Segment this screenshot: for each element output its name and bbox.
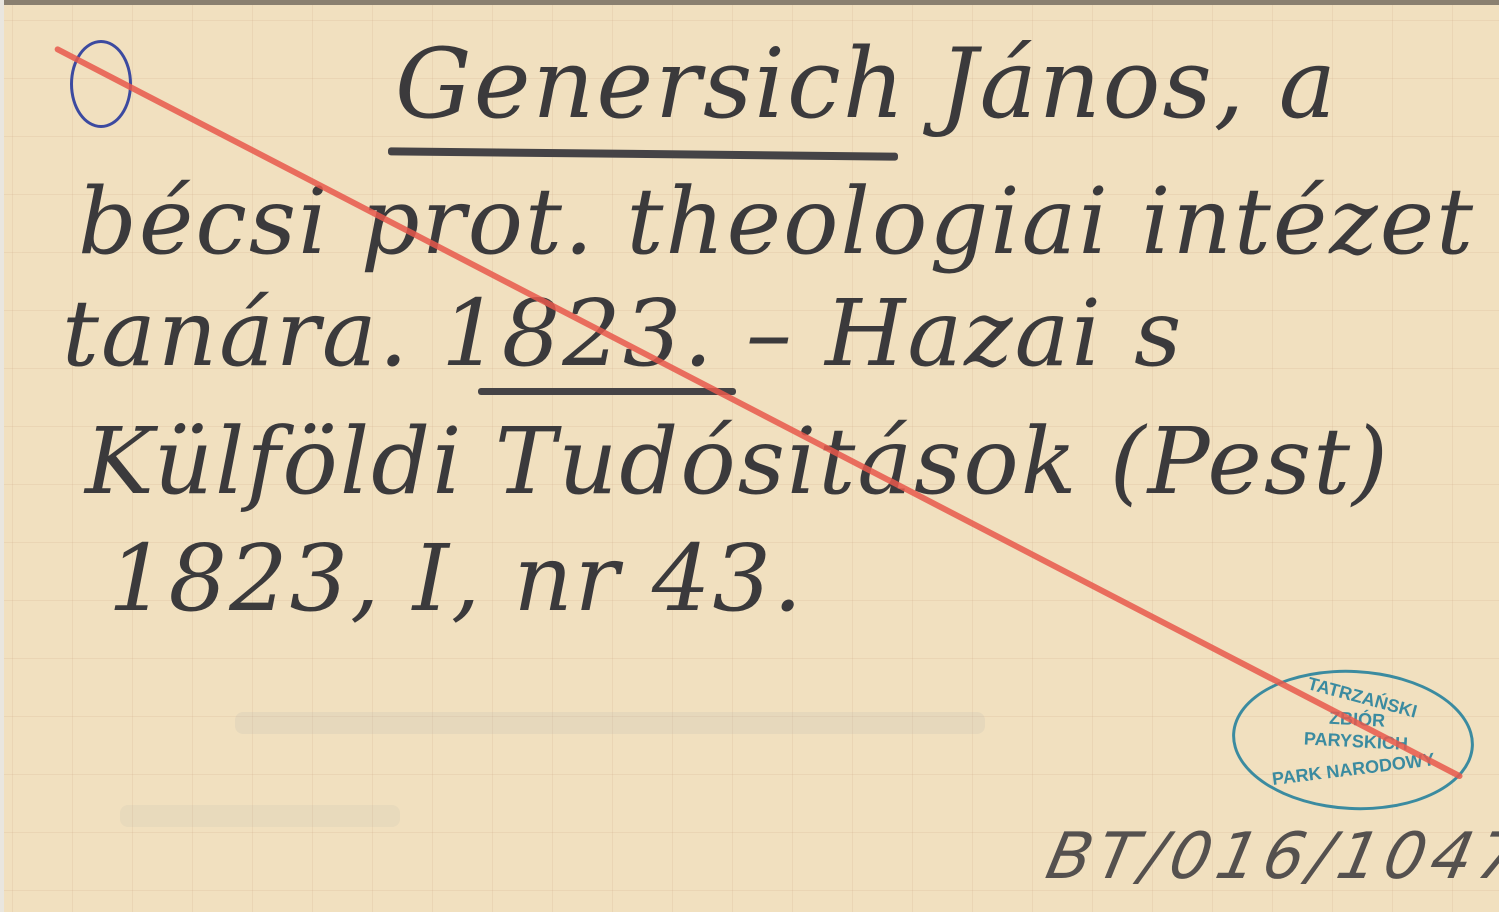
card-line-3: tanára. 1823. – Hazai s [62, 280, 1183, 387]
faded-bleedthrough-text [235, 712, 985, 734]
underline-name [388, 147, 898, 160]
call-number: BT/016/1047 [1040, 820, 1499, 894]
card-line-4: Külföldi Tudósitások (Pest) [85, 408, 1390, 515]
library-stamp: TATRZAŃSKI ZBIÓR PARYSKICH PARK NARODOWY [1229, 664, 1478, 816]
card-line-1: Genersich János, a [395, 28, 1338, 140]
card-line-5: 1823, I, nr 43. [108, 525, 804, 632]
card-left-edge [0, 0, 4, 912]
underline-year [478, 388, 736, 395]
card-line-2: bécsi prot. theologiai intézet [78, 168, 1475, 275]
index-card: Genersich János, a bécsi prot. theologia… [0, 0, 1499, 912]
faded-bleedthrough-text [120, 805, 400, 827]
card-top-edge [0, 0, 1499, 5]
